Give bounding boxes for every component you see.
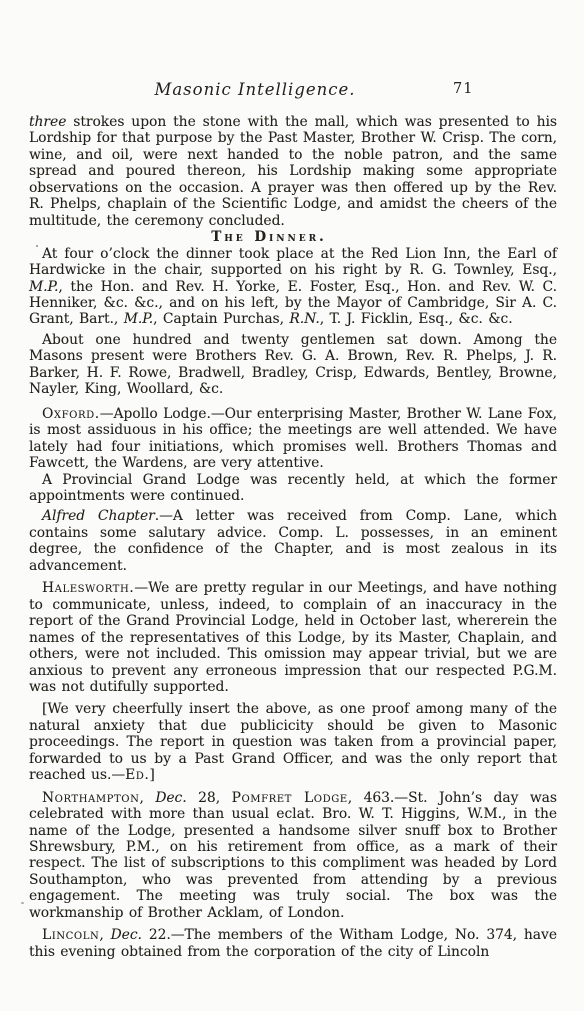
place-lead-oxford: Oxford. <box>42 406 100 422</box>
paragraph-provincial-grand-lodge: A Provincial Grand Lodge was recently he… <box>29 472 557 505</box>
place-lead-halesworth: Halesworth. <box>42 580 134 596</box>
text-segment: [We very cheerfully insert the above, as… <box>29 701 557 783</box>
text-segment: , <box>139 790 155 806</box>
type-area: Masonic Intelligence. 71 three strokes u… <box>29 80 557 960</box>
text-segment: —Apollo Lodge.—Our enterprising Master, … <box>29 406 557 471</box>
text-segment: 28, <box>187 790 232 806</box>
body-text: three strokes upon the stone with the ma… <box>29 114 557 960</box>
text-segment: ] <box>149 767 154 783</box>
text-segment: —We are pretty regular in our Meetings, … <box>29 580 557 695</box>
lodge-lead-pomfret: Pomfret Lodge <box>232 790 348 806</box>
text-segment: , <box>99 927 110 943</box>
running-head: Masonic Intelligence. 71 <box>29 80 557 100</box>
date-abbr: Dec. <box>111 927 142 943</box>
text-segment: At four o’clock the dinner took place at… <box>29 246 557 278</box>
text-segment: , Captain Purchas, <box>153 311 289 327</box>
text-segment: A Provincial Grand Lodge was recently he… <box>29 472 557 504</box>
paragraph-attendees: About one hundred and twenty gentlemen s… <box>29 332 557 398</box>
abbr-mp: M.P. <box>124 311 153 327</box>
paragraph-lincoln: Lincoln, Dec. 22.—The members of the Wit… <box>29 927 557 960</box>
date-abbr: Dec. <box>155 790 186 806</box>
paragraph-ceremony-continuation: three strokes upon the stone with the ma… <box>29 114 557 229</box>
place-lead-lincoln: Lincoln <box>42 927 99 943</box>
text-segment: , T. J. Ficklin, Esq., &c. &c. <box>320 311 513 327</box>
abbr-rn: R.N. <box>289 311 319 327</box>
paragraph-oxford: Oxford.—Apollo Lodge.—Our enterprising M… <box>29 406 557 472</box>
text-segment: strokes upon the stone with the mall, wh… <box>29 114 557 229</box>
scanned-document-page: Masonic Intelligence. 71 three strokes u… <box>0 0 584 1011</box>
paragraph-northampton: Northampton, Dec. 28, Pomfret Lodge, 463… <box>29 790 557 922</box>
section-heading-dinner: The Dinner. <box>5 229 533 245</box>
paragraph-halesworth: Halesworth.—We are pretty regular in our… <box>29 580 557 695</box>
paragraph-dinner: At four o’clock the dinner took place at… <box>29 246 557 328</box>
continuation-word: three <box>29 114 66 130</box>
abbr-mp: M.P. <box>29 279 58 295</box>
text-segment: About one hundred and twenty gentlemen s… <box>29 332 557 397</box>
running-title: Masonic Intelligence. <box>29 80 481 99</box>
page-number: 71 <box>453 81 473 97</box>
paragraph-alfred-chapter: Alfred Chapter.—A letter was received fr… <box>29 508 557 574</box>
chapter-lead-alfred: Alfred Chapter <box>42 508 155 524</box>
editor-signature: Ed. <box>125 767 149 783</box>
scan-speck <box>21 902 24 904</box>
place-lead-northampton: Northampton <box>42 790 139 806</box>
paragraph-editor-note: [We very cheerfully insert the above, as… <box>29 701 557 783</box>
text-segment: , 463.—St. John’s day was celebrated wit… <box>29 790 557 921</box>
